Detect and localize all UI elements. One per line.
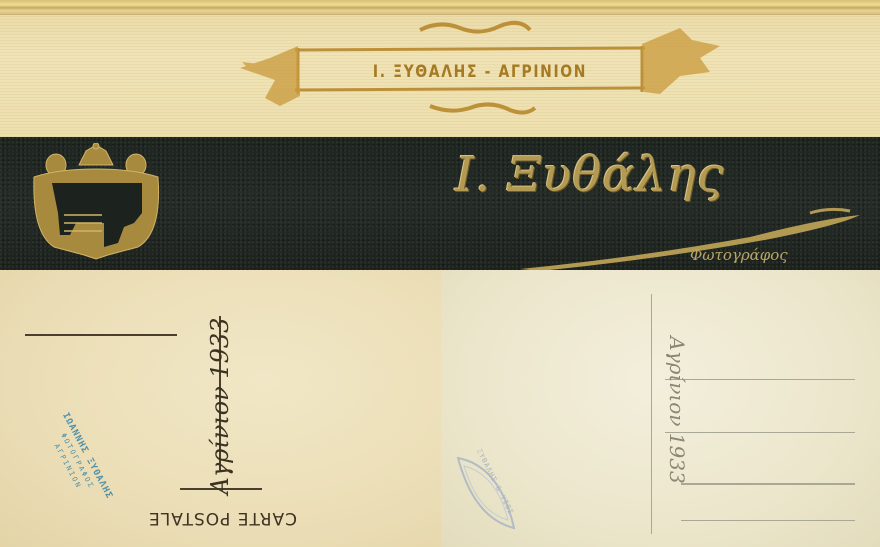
handwritten-place-date: Αγρίνιον 1933 bbox=[665, 290, 689, 530]
ribbon-banner: Ι. ΞΥΘΑΛΗΣ - ΑΓΡΙΝΙΟΝ bbox=[240, 18, 720, 118]
dark-card-mount: Ι. Ξυθάλης Φωτογράφος bbox=[0, 137, 880, 270]
embossed-border bbox=[0, 0, 880, 14]
address-line bbox=[665, 432, 855, 433]
divider-line bbox=[25, 334, 177, 336]
top-card-mount: Ι. ΞΥΘΑΛΗΣ - ΑΓΡΙΝΙΟΝ bbox=[0, 0, 880, 137]
address-line bbox=[681, 520, 855, 521]
photographer-title: Φωτογράφος bbox=[690, 246, 788, 264]
photographer-signature: Ι. Ξυθάλης bbox=[455, 147, 725, 203]
carte-postale-label: CARTE POSTALE bbox=[125, 508, 320, 528]
address-line bbox=[681, 483, 855, 485]
studio-name-ribbon-text: Ι. ΞΥΘΑΛΗΣ - ΑΓΡΙΝΙΟΝ bbox=[369, 62, 590, 82]
scan-canvas: Ι. ΞΥΘΑΛΗΣ - ΑΓΡΙΝΙΟΝ Ι bbox=[0, 0, 880, 547]
address-line bbox=[665, 379, 855, 380]
vertical-rule bbox=[651, 294, 652, 534]
royal-crest-icon bbox=[24, 143, 169, 261]
handwritten-place-date: Αγρίνιον 1933 bbox=[206, 296, 234, 516]
